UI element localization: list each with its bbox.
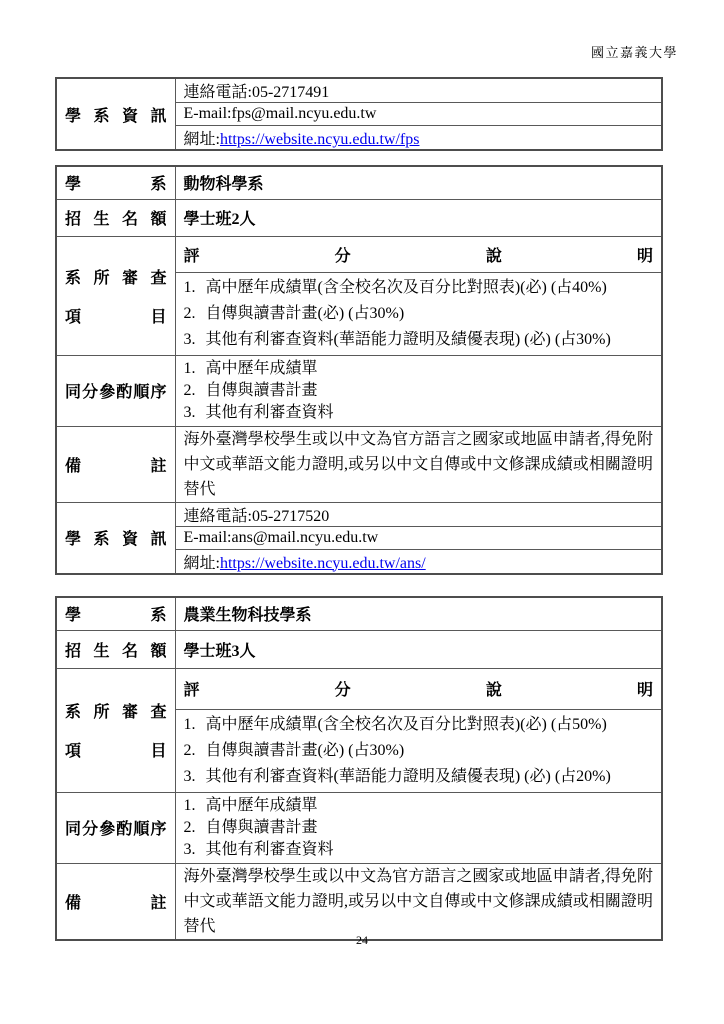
item-text: 高中歷年成績單 xyxy=(206,360,318,377)
item-text: 自傳與讀書計畫(必) (占30%) xyxy=(206,742,405,759)
contact-website-cell: 網址:https://website.ncyu.edu.tw/fps xyxy=(175,126,662,151)
remarks-label: 備註 xyxy=(65,453,167,476)
remarks-text: 海外臺灣學校學生或以中文為官方語言之國家或地區申請者,得免附中文或華語文能力證明… xyxy=(184,427,654,502)
remarks-cell: 海外臺灣學校學生或以中文為官方語言之國家或地區申請者,得免附中文或華語文能力證明… xyxy=(175,426,662,502)
contact-phone: 連絡電話:05-2717491 xyxy=(175,78,662,103)
tiebreak-items-cell: 1.高中歷年成績單 2.自傳與讀書計畫 3.其他有利審查資料 xyxy=(175,355,662,426)
item-text: 其他有利審查資料 xyxy=(206,404,334,421)
website-label: 網址: xyxy=(184,131,220,148)
review-label-cell: 系所審查 項目 xyxy=(56,236,175,355)
dept-info-table-top: 學系資訊 連絡電話:05-2717491 E-mail:fps@mail.ncy… xyxy=(55,77,663,151)
score-header-cell: 評分說明 xyxy=(175,236,662,272)
dept-info-label-cell: 學系資訊 xyxy=(56,502,175,574)
review-label: 系所審查 項目 xyxy=(65,265,167,327)
tiebreak-item: 1.高中歷年成績單 xyxy=(184,795,654,817)
review-label-line2: 項目 xyxy=(65,304,167,327)
item-text: 自傳與讀書計畫 xyxy=(206,382,318,399)
website-label: 網址: xyxy=(184,555,220,572)
item-number: 2. xyxy=(184,738,206,764)
row-department: 學系 農業生物科技學系 xyxy=(56,597,662,630)
item-number: 3. xyxy=(184,327,206,353)
item-number: 2. xyxy=(184,301,206,327)
quota-value: 學士班2人 xyxy=(175,199,662,236)
dept-table-agri-biotech: 學系 農業生物科技學系 招生名額 學士班3人 系所審查 項目 評分說明 1.高中 xyxy=(55,596,663,941)
department-label-cell: 學系 xyxy=(56,597,175,630)
row-tiebreak-order: 同分參酌順序 1.高中歷年成績單 2.自傳與讀書計畫 3.其他有利審查資料 xyxy=(56,792,662,863)
item-number: 1. xyxy=(184,712,206,738)
contact-email: E-mail:ans@mail.ncyu.edu.tw xyxy=(175,526,662,549)
row-department: 學系 動物科學系 xyxy=(56,166,662,199)
item-text: 其他有利審查資料(華語能力證明及績優表現) (必) (占30%) xyxy=(206,331,611,348)
department-label: 學系 xyxy=(65,602,167,625)
quota-value: 學士班3人 xyxy=(175,630,662,668)
remarks-text: 海外臺灣學校學生或以中文為官方語言之國家或地區申請者,得免附中文或華語文能力證明… xyxy=(184,864,654,939)
item-number: 1. xyxy=(184,358,206,380)
item-number: 3. xyxy=(184,839,206,861)
item-text: 高中歷年成績單 xyxy=(206,797,318,814)
review-item: 3.其他有利審查資料(華語能力證明及績優表現) (必) (占20%) xyxy=(184,764,654,790)
tiebreak-item: 2.自傳與讀書計畫 xyxy=(184,817,654,839)
remarks-cell: 海外臺灣學校學生或以中文為官方語言之國家或地區申請者,得免附中文或華語文能力證明… xyxy=(175,863,662,940)
tiebreak-item: 3.其他有利審查資料 xyxy=(184,839,654,861)
tiebreak-items-cell: 1.高中歷年成績單 2.自傳與讀書計畫 3.其他有利審查資料 xyxy=(175,792,662,863)
tiebreak-label-cell: 同分參酌順序 xyxy=(56,792,175,863)
item-text: 其他有利審查資料(華語能力證明及績優表現) (必) (占20%) xyxy=(206,768,611,785)
row-score-header: 系所審查 項目 評分說明 xyxy=(56,668,662,709)
row-tiebreak-order: 同分參酌順序 1.高中歷年成績單 2.自傳與讀書計畫 3.其他有利審查資料 xyxy=(56,355,662,426)
item-number: 3. xyxy=(184,402,206,424)
tiebreak-item: 2.自傳與讀書計畫 xyxy=(184,380,654,402)
item-number: 3. xyxy=(184,764,206,790)
remarks-label-cell: 備註 xyxy=(56,863,175,940)
contact-email: E-mail:fps@mail.ncyu.edu.tw xyxy=(175,103,662,126)
website-link[interactable]: https://website.ncyu.edu.tw/fps xyxy=(220,131,420,148)
item-number: 2. xyxy=(184,817,206,839)
dept-table-animal-science: 學系 動物科學系 招生名額 學士班2人 系所審查 項目 評分說明 1.高中歷年成 xyxy=(55,165,663,575)
row-score-header: 系所審查 項目 評分說明 xyxy=(56,236,662,272)
review-item: 1.高中歷年成績單(含全校名次及百分比對照表)(必) (占50%) xyxy=(184,712,654,738)
tiebreak-label: 同分參酌順序 xyxy=(65,379,167,402)
tiebreak-label: 同分參酌順序 xyxy=(65,816,167,839)
review-items-cell: 1.高中歷年成績單(含全校名次及百分比對照表)(必) (占50%) 2.自傳與讀… xyxy=(175,709,662,792)
score-header: 評分說明 xyxy=(184,243,654,266)
review-item: 2.自傳與讀書計畫(必) (占30%) xyxy=(184,738,654,764)
dept-info-label: 學系資訊 xyxy=(65,526,167,549)
quota-label: 招生名額 xyxy=(65,638,167,661)
department-name: 動物科學系 xyxy=(175,166,662,199)
review-item: 3.其他有利審查資料(華語能力證明及績優表現) (必) (占30%) xyxy=(184,327,654,353)
remarks-label-cell: 備註 xyxy=(56,426,175,502)
contact-phone: 連絡電話:05-2717520 xyxy=(175,502,662,526)
item-text: 其他有利審查資料 xyxy=(206,841,334,858)
department-label: 學系 xyxy=(65,171,167,194)
row-remarks: 備註 海外臺灣學校學生或以中文為官方語言之國家或地區申請者,得免附中文或華語文能… xyxy=(56,426,662,502)
item-number: 1. xyxy=(184,275,206,301)
row-quota: 招生名額 學士班2人 xyxy=(56,199,662,236)
review-item: 1.高中歷年成績單(含全校名次及百分比對照表)(必) (占40%) xyxy=(184,275,654,301)
row-contact-phone: 學系資訊 連絡電話:05-2717520 xyxy=(56,502,662,526)
item-text: 高中歷年成績單(含全校名次及百分比對照表)(必) (占40%) xyxy=(206,279,607,296)
contact-website-cell: 網址:https://website.ncyu.edu.tw/ans/ xyxy=(175,549,662,574)
quota-label-cell: 招生名額 xyxy=(56,199,175,236)
review-item: 2.自傳與讀書計畫(必) (占30%) xyxy=(184,301,654,327)
quota-label-cell: 招生名額 xyxy=(56,630,175,668)
page-number: 24 xyxy=(0,933,724,948)
school-name-header: 國立嘉義大學 xyxy=(591,42,678,61)
tiebreak-item: 1.高中歷年成績單 xyxy=(184,358,654,380)
review-label: 系所審查 項目 xyxy=(65,699,167,761)
review-items-cell: 1.高中歷年成績單(含全校名次及百分比對照表)(必) (占40%) 2.自傳與讀… xyxy=(175,272,662,355)
tiebreak-item: 3.其他有利審查資料 xyxy=(184,402,654,424)
quota-label: 招生名額 xyxy=(65,206,167,229)
row-remarks: 備註 海外臺灣學校學生或以中文為官方語言之國家或地區申請者,得免附中文或華語文能… xyxy=(56,863,662,940)
department-label-cell: 學系 xyxy=(56,166,175,199)
item-text: 自傳與讀書計畫 xyxy=(206,819,318,836)
review-label-line1: 系所審查 xyxy=(65,265,167,288)
item-text: 自傳與讀書計畫(必) (占30%) xyxy=(206,305,405,322)
review-label-line2: 項目 xyxy=(65,738,167,761)
dept-info-label-cell: 學系資訊 xyxy=(56,78,175,150)
item-number: 2. xyxy=(184,380,206,402)
table-row: 學系資訊 連絡電話:05-2717491 xyxy=(56,78,662,103)
dept-info-label: 學系資訊 xyxy=(65,103,167,126)
remarks-label: 備註 xyxy=(65,890,167,913)
row-quota: 招生名額 學士班3人 xyxy=(56,630,662,668)
score-header-cell: 評分說明 xyxy=(175,668,662,709)
department-name: 農業生物科技學系 xyxy=(175,597,662,630)
review-label-line1: 系所審查 xyxy=(65,699,167,722)
item-number: 1. xyxy=(184,795,206,817)
score-header: 評分說明 xyxy=(184,677,654,700)
document-page: 國立嘉義大學 學系資訊 連絡電話:05-2717491 E-mail:fps@m… xyxy=(0,0,724,1024)
website-link[interactable]: https://website.ncyu.edu.tw/ans/ xyxy=(220,555,426,572)
tiebreak-label-cell: 同分參酌順序 xyxy=(56,355,175,426)
item-text: 高中歷年成績單(含全校名次及百分比對照表)(必) (占50%) xyxy=(206,716,607,733)
review-label-cell: 系所審查 項目 xyxy=(56,668,175,792)
